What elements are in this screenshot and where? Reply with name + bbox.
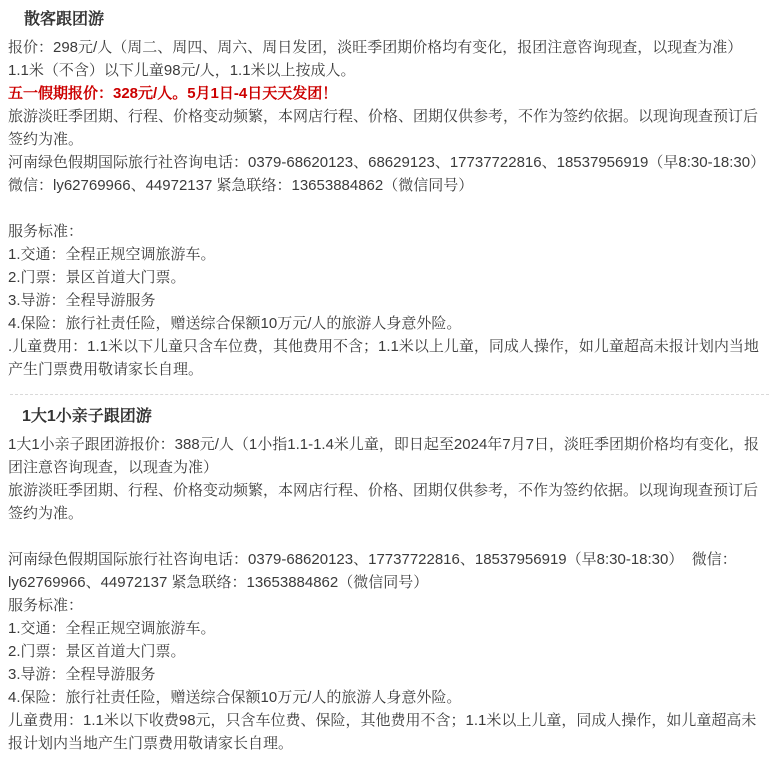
section-individual-group-tour: 散客跟团游 报价：298元/人（周二、周四、周六、周日发团，淡旺季团期价格均有变… (8, 8, 771, 381)
contact-line: 河南绿色假期国际旅行社咨询电话：0379-68620123、68629123、1… (8, 151, 771, 197)
service-item-transport: 1.交通：全程正规空调旅游车。 (8, 617, 771, 640)
season-disclaimer: 旅游淡旺季团期、行程、价格变动频繁，本网店行程、价格、团期仅供参考，不作为签约依… (8, 105, 771, 151)
service-standards-list: 1.交通：全程正规空调旅游车。 2.门票：景区首道大门票。 3.导游：全程导游服… (8, 617, 771, 709)
section-parent-child-tour: 1大1小亲子跟团游 1大1小亲子跟团游报价：388元/人（1小指1.1-1.4米… (8, 405, 771, 755)
season-disclaimer: 旅游淡旺季团期、行程、价格变动频繁，本网店行程、价格、团期仅供参考，不作为签约依… (8, 479, 771, 525)
service-item-transport: 1.交通：全程正规空调旅游车。 (8, 243, 771, 266)
service-standards-header: 服务标准： (8, 594, 771, 617)
service-item-guide: 3.导游：全程导游服务 (8, 289, 771, 312)
section-divider (10, 394, 769, 395)
section-title-individual-tour: 散客跟团游 (8, 8, 771, 32)
service-item-tickets: 2.门票：景区首道大门票。 (8, 266, 771, 289)
child-fee-note: 儿童费用：1.1米以下收费98元，只含车位费、保险，其他费用不含；1.1米以上儿… (8, 709, 771, 755)
child-fee-note: .儿童费用：1.1米以下儿童只含车位费，其他费用不含；1.1米以上儿童，同成人操… (8, 335, 771, 381)
tour-description-document: 散客跟团游 报价：298元/人（周二、周四、周六、周日发团，淡旺季团期价格均有变… (0, 0, 781, 761)
service-item-guide: 3.导游：全程导游服务 (8, 663, 771, 686)
contact-line: 河南绿色假期国际旅行社咨询电话：0379-68620123、1773772281… (8, 548, 771, 594)
service-standards-list: 1.交通：全程正规空调旅游车。 2.门票：景区首道大门票。 3.导游：全程导游服… (8, 243, 771, 335)
price-line: 1大1小亲子跟团游报价：388元/人（1小指1.1-1.4米儿童，即日起至202… (8, 433, 771, 479)
service-item-insurance: 4.保险：旅行社责任险，赠送综合保额10万元/人的旅游人身意外险。 (8, 312, 771, 335)
spacer (8, 525, 771, 548)
service-item-tickets: 2.门票：景区首道大门票。 (8, 640, 771, 663)
section-title-parent-child-tour: 1大1小亲子跟团游 (8, 405, 771, 429)
service-standards-header: 服务标准： (8, 220, 771, 243)
service-item-insurance: 4.保险：旅行社责任险，赠送综合保额10万元/人的旅游人身意外险。 (8, 686, 771, 709)
child-price-line: 1.1米（不含）以下儿童98元/人，1.1米以上按成人。 (8, 59, 771, 82)
spacer (8, 197, 771, 220)
holiday-price-notice: 五一假期报价：328元/人。5月1日-4日天天发团！ (8, 82, 771, 105)
price-line: 报价：298元/人（周二、周四、周六、周日发团，淡旺季团期价格均有变化，报团注意… (8, 36, 771, 59)
